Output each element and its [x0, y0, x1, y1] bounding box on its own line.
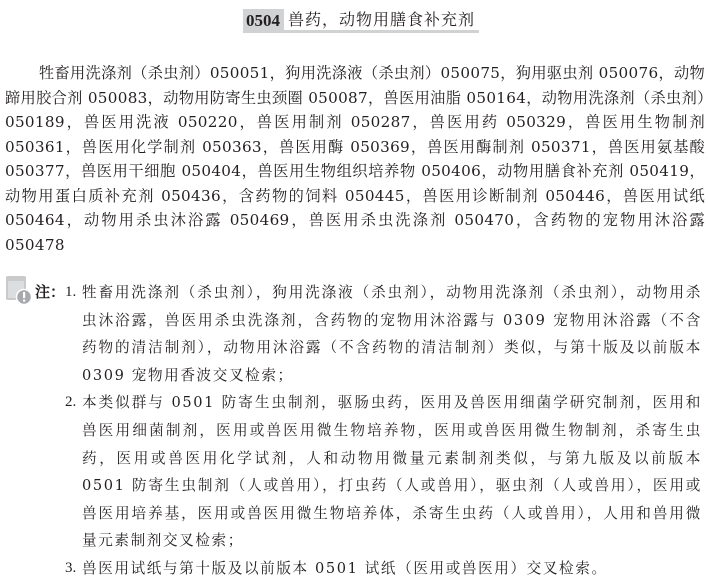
note-number: 2. [65, 389, 76, 417]
note-text: 牲畜用洗涤剂（杀虫剂），狗用洗涤液（杀虫剂），动物用洗涤剂（杀虫剂），动物用杀虫… [82, 279, 702, 389]
note-text: 本类似群与 0501 防寄生虫制剂，驱肠虫药，医用及兽医用细菌学研究制剂，医用和… [82, 389, 702, 555]
class-code: 0504 [243, 9, 284, 33]
note-text: 兽医用试纸与第十版及以前版本 0501 试纸（医用或兽医用）交叉检索。 [82, 555, 702, 578]
goods-list-paragraph: 牲畜用洗涤剂（杀虫剂）050051，狗用洗涤液（杀虫剂）050075，狗用驱虫剂… [5, 61, 705, 257]
note-list: 1. 牲畜用洗涤剂（杀虫剂），狗用洗涤液（杀虫剂），动物用洗涤剂（杀虫剂），动物… [0, 279, 708, 578]
note-item-3: 3. 兽医用试纸与第十版及以前版本 0501 试纸（医用或兽医用）交叉检索。 [0, 555, 708, 578]
note-number: 3. [65, 555, 76, 578]
note-item-1: 1. 牲畜用洗涤剂（杀虫剂），狗用洗涤液（杀虫剂），动物用洗涤剂（杀虫剂），动物… [0, 279, 708, 389]
section-heading: 0504 兽药，动物用膳食补充剂 [243, 9, 479, 33]
class-title: 兽药，动物用膳食补充剂 [284, 9, 479, 33]
note-item-2: 2. 本类似群与 0501 防寄生虫制剂，驱肠虫药，医用及兽医用细菌学研究制剂，… [0, 389, 708, 555]
note-number: 1. [65, 279, 76, 307]
